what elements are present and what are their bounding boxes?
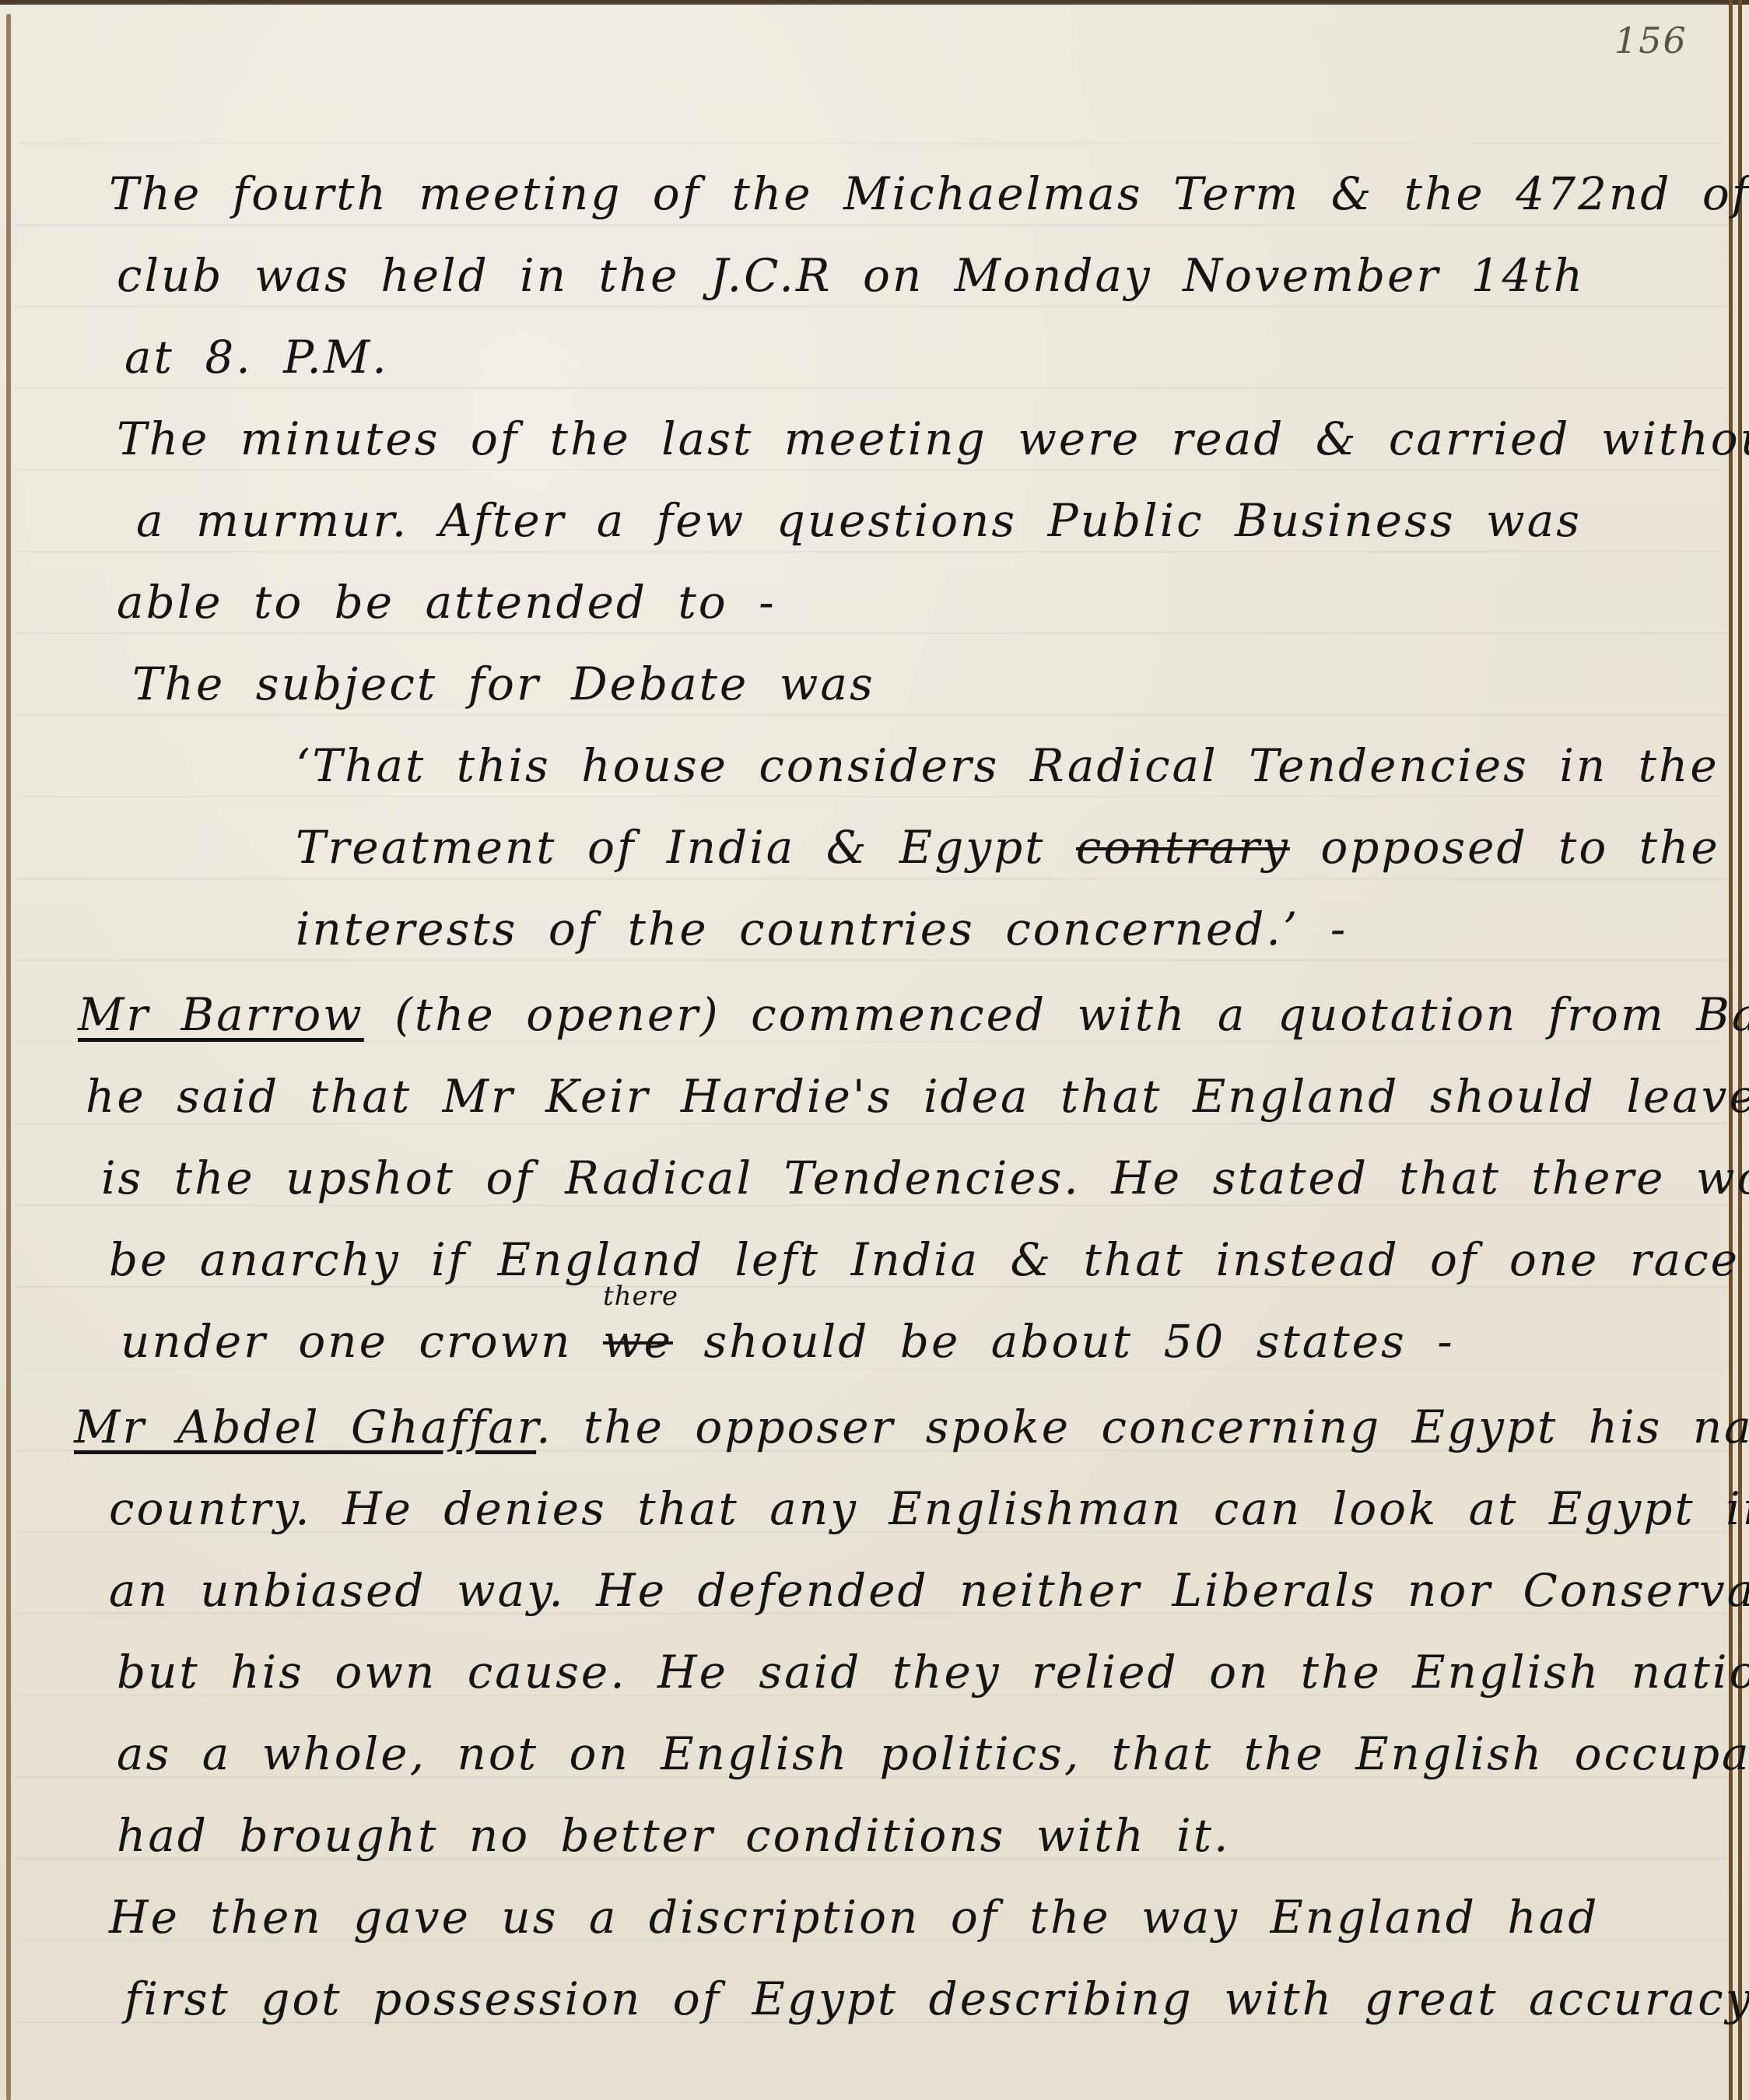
opposer-line-8: first got possession of Egypt describing… (124, 1972, 1749, 2025)
opener-line-1-rest: (the opener) commenced with a quotation … (394, 988, 1749, 1041)
opposer-line-5: as a whole, not on English politics, tha… (117, 1727, 1749, 1780)
page-number: 156 (1614, 19, 1688, 61)
minutes-read-line-1: The minutes of the last meeting were rea… (117, 412, 1749, 465)
opener-line-5: under one crown there we should be about… (121, 1315, 1455, 1368)
opener-line-1: Mr Barrow (the opener) commenced with a … (78, 988, 1749, 1041)
opposer-line-4: but his own cause. He said they relied o… (117, 1646, 1749, 1699)
speaker-name-barrow: Mr Barrow (78, 988, 364, 1041)
opposer-line-2: country. He denies that any Englishman c… (109, 1482, 1749, 1535)
speaker-name-abdel-ghaffar: Mr Abdel Ghaffar (74, 1401, 536, 1453)
opener-line-5-end: should be about 50 states - (703, 1315, 1454, 1368)
opposer-line-1: Mr Abdel Ghaffar. the opposer spoke conc… (74, 1401, 1749, 1453)
opening-line-1: The fourth meeting of the Michaelmas Ter… (109, 167, 1749, 220)
motion-line-2: Treatment of India & Egypt contrary oppo… (296, 821, 1749, 874)
opposer-line-6: had brought no better conditions with it… (117, 1809, 1230, 1862)
opener-line-2: he said that Mr Keir Hardie's idea that … (86, 1070, 1749, 1123)
minutes-read-line-2: a murmur. After a few questions Public B… (136, 494, 1582, 547)
opposer-line-1-rest: . the opposer spoke concerning Egypt his… (536, 1401, 1749, 1453)
ruled-lines (16, 0, 1727, 2100)
right-border-rule-outer (1738, 0, 1742, 2100)
motion-line-3: interests of the countries concerned.’ - (296, 903, 1348, 955)
minutes-read-line-3: able to be attended to - (117, 576, 776, 629)
motion-line-2-start: Treatment of India & Egypt (296, 821, 1046, 874)
correction-insertion: there we (603, 1315, 673, 1368)
opening-line-2: club was held in the J.C.R on Monday Nov… (117, 249, 1585, 302)
opposer-line-7: He then gave us a discription of the way… (109, 1891, 1599, 1944)
struck-word-contrary: contrary (1076, 821, 1290, 874)
opposer-line-3: an unbiased way. He defended neither Lib… (109, 1564, 1749, 1617)
opener-line-4: be anarchy if England left India & that … (109, 1233, 1740, 1286)
inserted-word-there: there (603, 1281, 678, 1312)
debate-subject-intro: The subject for Debate was (132, 657, 875, 710)
opening-line-3: at 8. P.M. (124, 331, 389, 384)
left-margin-rule (6, 14, 11, 2100)
opener-line-5-start: under one crown (121, 1315, 573, 1368)
right-border-rule (1729, 0, 1733, 2100)
opener-line-3: is the upshot of Radical Tendencies. He … (101, 1152, 1749, 1204)
struck-word-we: we (603, 1315, 673, 1368)
manuscript-page: 156 The fourth meeting of the Michaelmas… (0, 0, 1749, 2100)
motion-line-2-end: opposed to the best (1320, 821, 1749, 874)
motion-line-1: ‘That this house considers Radical Tende… (296, 739, 1719, 792)
